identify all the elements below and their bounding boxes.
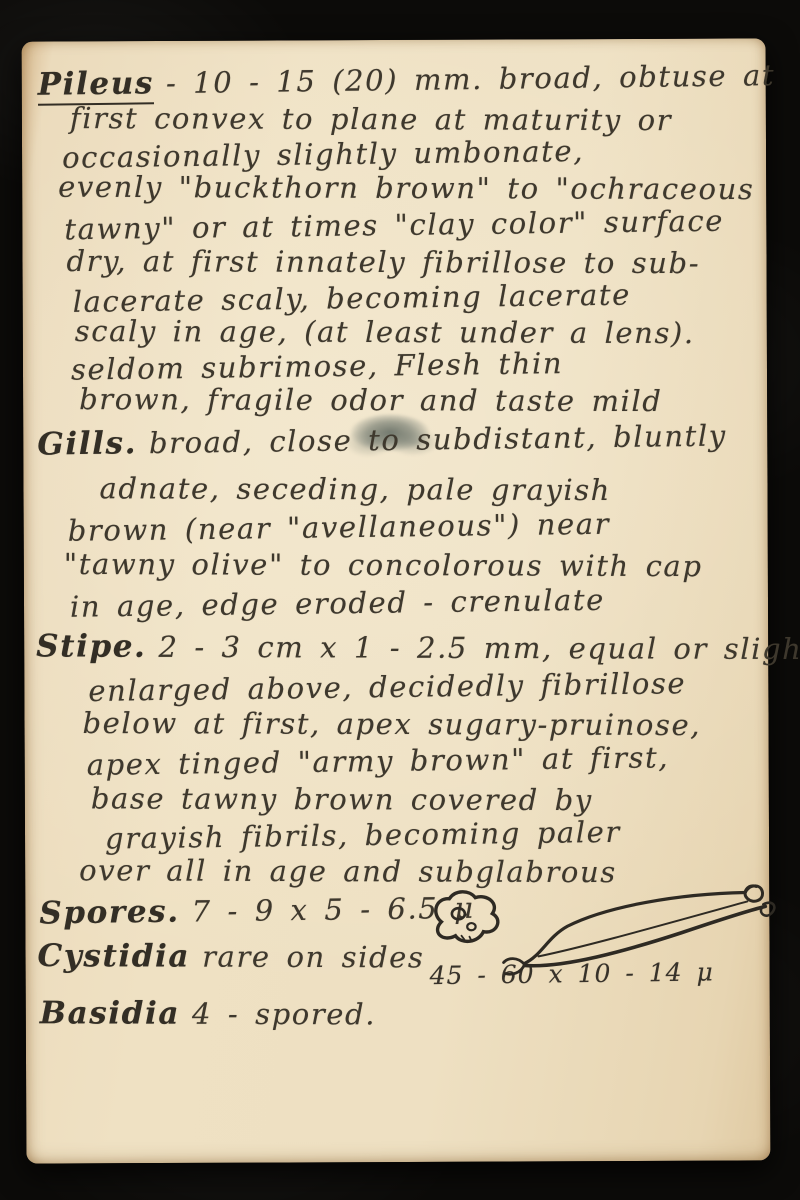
spore-sketch: [436, 892, 498, 942]
basidia-heading: Basidia: [40, 995, 180, 1031]
cystidia-heading: Cystidia: [37, 938, 190, 975]
pileus-line-8: scaly in age, (at least under a lens).: [75, 314, 695, 350]
index-card: Pileus- 10 - 15 (20) mm. broad, obtuse a…: [22, 38, 771, 1163]
pileus-line-7: lacerate scaly, becoming lacerate: [72, 278, 631, 319]
gills-line-1: Gills.broad, close to subdistant, bluntl…: [37, 418, 727, 463]
pileus-line-1-text: - 10 - 15 (20) mm. broad, obtuse at: [166, 58, 776, 100]
gills-line-1-text: broad, close to subdistant, bluntly: [149, 419, 727, 461]
cystidia-text: rare on sides: [202, 940, 424, 975]
gills-line-4: "tawny olive" to concolorous with cap: [64, 547, 703, 583]
stipe-line-2: enlarged above, decidedly fibrillose: [88, 666, 686, 708]
stipe-line-3: below at first, apex sugary-pruinose,: [82, 706, 701, 742]
pileus-line-3: occasionally slightly umbonate,: [62, 134, 584, 175]
pileus-line-1: Pileus- 10 - 15 (20) mm. broad, obtuse a…: [38, 57, 776, 103]
stipe-line-6: grayish fibrils, becoming paler: [105, 815, 621, 856]
gills-line-2: adnate, seceding, pale grayish: [99, 471, 611, 507]
pileus-line-10: brown, fragile odor and taste mild: [79, 382, 663, 418]
gills-heading: Gills.: [37, 425, 137, 462]
spores-line: Spores.7 - 9 x 5 - 6.5 μ: [39, 890, 475, 932]
spores-heading: Spores.: [39, 894, 180, 932]
pileus-line-4: evenly "buckthorn brown" to "ochraceous: [58, 170, 754, 206]
pileus-line-5: tawny" or at times "clay color" surface: [64, 204, 724, 247]
cystidium-sketch: [503, 886, 774, 974]
basidia-line: Basidia4 - spored.: [40, 995, 376, 1032]
gills-line-5: in age, edge eroded - crenulate: [70, 583, 605, 624]
pileus-line-9: seldom subrimose, Flesh thin: [71, 346, 564, 386]
pileus-line-6: dry, at first innately fibrillose to sub…: [66, 244, 700, 280]
stipe-line-4: apex tinged "army brown" at first,: [87, 740, 670, 782]
sketches-group: [411, 880, 780, 1022]
pileus-heading: Pileus: [38, 65, 155, 106]
photo-background: Pileus- 10 - 15 (20) mm. broad, obtuse a…: [0, 0, 800, 1200]
stipe-line-1-text: 2 - 3 cm x 1 - 2.5 mm, equal or slightly: [158, 630, 800, 666]
gills-line-3: brown (near "avellaneous") near: [67, 507, 610, 548]
stipe-line-1: Stipe.2 - 3 cm x 1 - 2.5 mm, equal or sl…: [36, 628, 800, 667]
stipe-line-5: base tawny brown covered by: [91, 781, 593, 817]
pileus-line-2: first convex to plane at maturity or: [70, 101, 672, 137]
stipe-heading: Stipe.: [36, 628, 146, 664]
basidia-text: 4 - spored.: [192, 997, 376, 1032]
cystidia-line: Cystidiarare on sides: [37, 938, 424, 975]
